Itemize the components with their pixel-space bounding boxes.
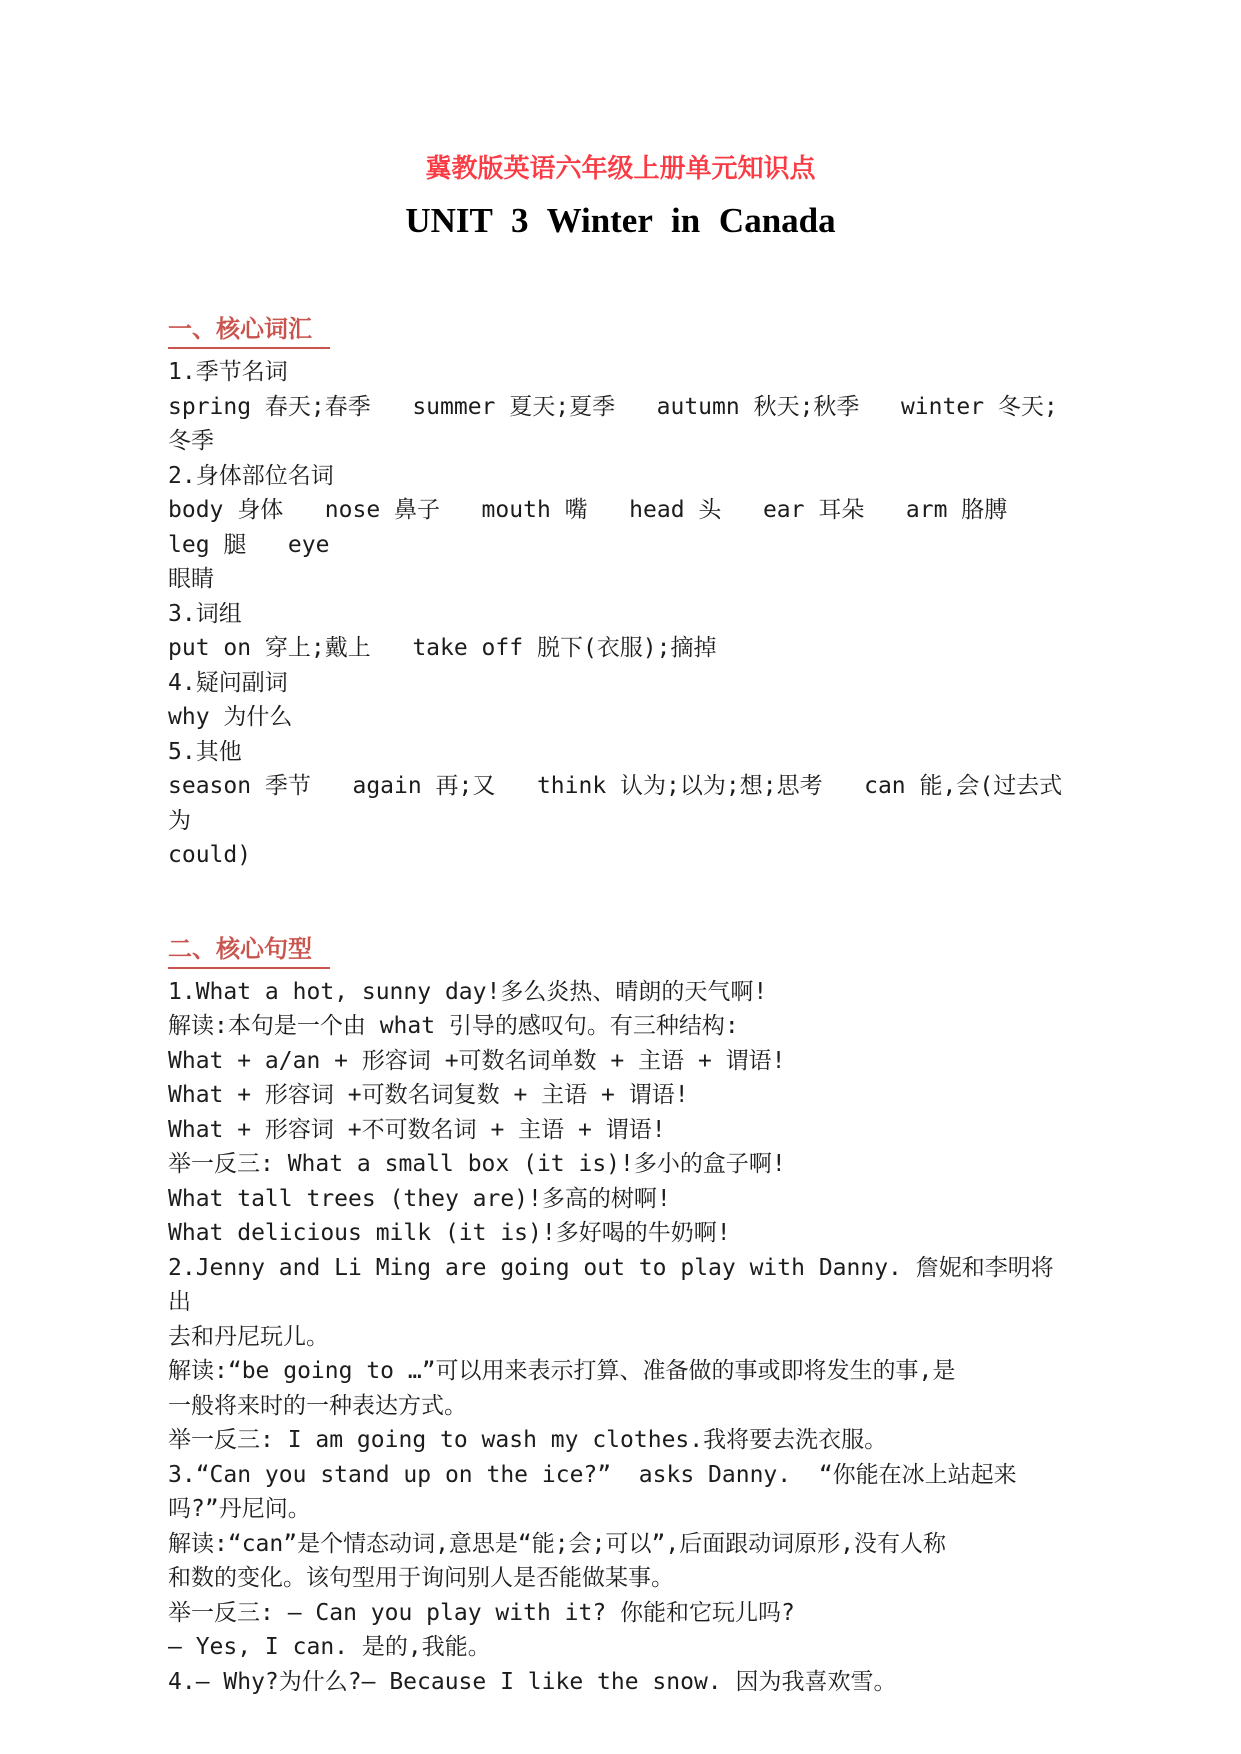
- text-line: 举一反三: I am going to wash my clothes.我将要去…: [168, 1423, 1073, 1458]
- document-page: 冀教版英语六年级上册单元知识点 UNIT 3 Winter in Canada …: [0, 0, 1241, 1754]
- text-line: 举一反三: — Can you play with it? 你能和它玩儿吗?: [168, 1596, 1073, 1631]
- text-line: 一般将来时的一种表达方式。: [168, 1389, 1073, 1424]
- text-line: 吗?”丹尼问。: [168, 1492, 1073, 1527]
- text-line: 解读:“be going to …”可以用来表示打算、准备做的事或即将发生的事,…: [168, 1354, 1073, 1389]
- section-core-sentences: 二、核心句型 1.What a hot, sunny day!多么炎热、晴朗的天…: [168, 929, 1073, 1700]
- text-line: What + 形容词 +可数名词复数 + 主语 + 谓语!: [168, 1078, 1073, 1113]
- text-line: 4.疑问副词: [168, 666, 1073, 701]
- text-line: 4.— Why?为什么?— Because I like the snow. 因…: [168, 1665, 1073, 1700]
- text-line: season 季节 again 再;又 think 认为;以为;想;思考 can…: [168, 769, 1073, 838]
- text-line: 1.季节名词: [168, 355, 1073, 390]
- text-line: 1.What a hot, sunny day!多么炎热、晴朗的天气啊!: [168, 975, 1073, 1010]
- section-core-vocabulary: 一、核心词汇 1.季节名词spring 春天;春季 summer 夏天;夏季 a…: [168, 309, 1073, 873]
- text-line: 3.“Can you stand up on the ice?” asks Da…: [168, 1458, 1073, 1493]
- text-line: — Yes, I can. 是的,我能。: [168, 1630, 1073, 1665]
- text-line: spring 春天;春季 summer 夏天;夏季 autumn 秋天;秋季 w…: [168, 390, 1073, 459]
- text-line: why 为什么: [168, 700, 1073, 735]
- text-line: 举一反三: What a small box (it is)!多小的盒子啊!: [168, 1147, 1073, 1182]
- section-body-core-sentences: 1.What a hot, sunny day!多么炎热、晴朗的天气啊!解读:本…: [168, 975, 1073, 1700]
- text-line: 和数的变化。该句型用于询问别人是否能做某事。: [168, 1561, 1073, 1596]
- text-line: What delicious milk (it is)!多好喝的牛奶啊!: [168, 1216, 1073, 1251]
- section-heading-core-sentences: 二、核心句型: [168, 929, 330, 969]
- text-line: 2.身体部位名词: [168, 459, 1073, 494]
- text-line: 去和丹尼玩儿。: [168, 1320, 1073, 1355]
- section-body-core-vocabulary: 1.季节名词spring 春天;春季 summer 夏天;夏季 autumn 秋…: [168, 355, 1073, 873]
- text-line: 眼睛: [168, 562, 1073, 597]
- text-line: What + 形容词 +不可数名词 + 主语 + 谓语!: [168, 1113, 1073, 1148]
- section-heading-core-vocabulary: 一、核心词汇: [168, 309, 330, 349]
- doc-title: 冀教版英语六年级上册单元知识点: [168, 148, 1073, 185]
- text-line: 2.Jenny and Li Ming are going out to pla…: [168, 1251, 1073, 1320]
- unit-heading: UNIT 3 Winter in Canada: [168, 201, 1073, 241]
- text-line: body 身体 nose 鼻子 mouth 嘴 head 头 ear 耳朵 ar…: [168, 493, 1073, 562]
- text-line: 3.词组: [168, 597, 1073, 632]
- text-line: put on 穿上;戴上 take off 脱下(衣服);摘掉: [168, 631, 1073, 666]
- text-line: 5.其他: [168, 735, 1073, 770]
- text-line: 解读:“can”是个情态动词,意思是“能;会;可以”,后面跟动词原形,没有人称: [168, 1527, 1073, 1562]
- text-line: 解读:本句是一个由 what 引导的感叹句。有三种结构:: [168, 1009, 1073, 1044]
- text-line: could): [168, 838, 1073, 873]
- text-line: What tall trees (they are)!多高的树啊!: [168, 1182, 1073, 1217]
- text-line: What + a/an + 形容词 +可数名词单数 + 主语 + 谓语!: [168, 1044, 1073, 1079]
